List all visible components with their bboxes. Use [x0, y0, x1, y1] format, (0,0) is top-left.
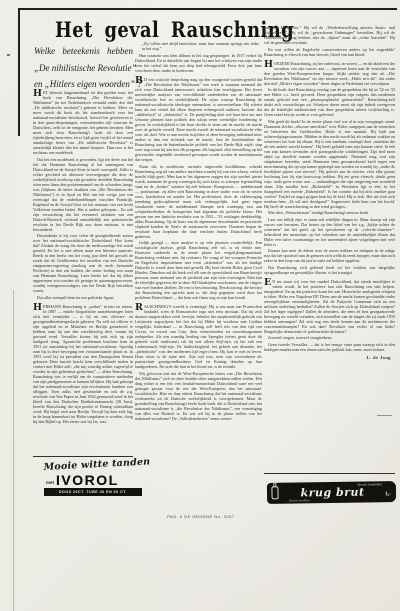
- dropcap-letter: H: [33, 304, 42, 313]
- article-column-1: HET behoort langzamerhand tot den goeden…: [33, 86, 133, 452]
- bottle-icon: [271, 482, 279, 504]
- article-column-3: vatieven Monarchie.” Hij wil de „Wiederh…: [264, 25, 395, 471]
- column-divider-rule: [264, 473, 395, 474]
- article-paragraph: En wat willen de Engelsche conservatieve…: [264, 47, 395, 57]
- article-column-2: „Zij willen niet altijd heerschen, want …: [135, 41, 262, 512]
- krug-price: 1,-: [385, 491, 391, 497]
- article-paragraph: Naast dit, in eindelooze variaties uitge…: [135, 164, 262, 239]
- article-paragraph: Gelijk gezegd — deze analyse is op vele …: [135, 240, 262, 300]
- dropcap-letter: H: [33, 90, 42, 99]
- article-paragraph: Wij gelooven niet dat de West-Europeesch…: [135, 371, 262, 421]
- article-paragraph: Laat ons billijk zijn: er staan ook rede…: [264, 217, 395, 247]
- subtitle-line: Welke beteekenis hebben: [34, 43, 133, 60]
- krug-brut-ad: krug brut 1,- fijnste kwaliteit Onovertr…: [267, 481, 396, 504]
- article-paragraph: Desondanks is hij voor velen dè gezagheb…: [33, 233, 133, 293]
- dropcap-letter: B: [135, 77, 143, 86]
- article-title: Het geval Rauschning: [55, 17, 276, 42]
- article-paragraph: Dat Rauschning zich geleend heeft tot he…: [264, 265, 395, 275]
- article-paragraph: Daarna kan men de deken over de ooren tr…: [264, 248, 395, 263]
- page-border-left: [18, 8, 20, 136]
- subtitle-line: „De nihilistische Revolutie”: [34, 60, 133, 77]
- scan-edge-line: [13, 290, 14, 611]
- article-quote: „Zij willen niet altijd heerschen, want …: [142, 41, 259, 51]
- dropcap-letter: E: [264, 279, 271, 288]
- krug-tagline-bottom: Onovertroffen: [289, 498, 310, 502]
- article-paragraph: Zooveel vragen, zooveel vraagteekens.: [264, 335, 395, 340]
- article-paragraph: RAUSCHNING'S wereld is vernietigd. Hij i…: [135, 304, 262, 369]
- article-paragraph: HET behoort langzamerhand tot den goeden…: [33, 90, 133, 155]
- column-divider-rule: [33, 456, 133, 457]
- article-paragraph: Geen tweede Versailles — dat is het eeni…: [264, 342, 395, 352]
- article-paragraph: Dat het een modeboek is geworden, ligt t…: [33, 157, 133, 232]
- article-paragraph: EN nu staan wij voor het raadsel Duitsch…: [264, 279, 395, 334]
- dropcap-letter: R: [135, 304, 143, 313]
- ivorol-price-bar: DOOS 20CT. TUBE 40 EN 60 CT.: [44, 488, 142, 496]
- article-paragraph: BIJ een critische bespreking mag op den …: [135, 77, 262, 162]
- ivorol-brand-wordmark: IVOROL: [56, 474, 119, 487]
- scan-artifact: [7, 54, 10, 56]
- krug-tagline-top: fijnste kwaliteit: [357, 482, 382, 486]
- page-footer: PAG. 9 DE GROENE No. 3267: [167, 514, 235, 519]
- page-border-top: [18, 8, 397, 10]
- dropcap-letter: H: [264, 61, 273, 70]
- article-paragraph: Dat alles stempelt hem tot een politieke…: [33, 295, 133, 300]
- ivorol-toothpaste-ad: Mooie witte tanden met IVOROL DOOS 20CT.…: [44, 462, 142, 504]
- article-signature: L. de Jong: [264, 355, 395, 360]
- article-paragraph: Met dien „Wunschtraum” eindigt Rauschnin…: [264, 210, 395, 215]
- article-paragraph: Wat geeft dit boek? In de eerste plaats …: [264, 119, 395, 209]
- article-paragraph: HOEZEER Rauschning, zij het onbewust, in…: [264, 61, 395, 86]
- article-paragraph: HERMANN Rauschning is „jonker” in hart e…: [33, 304, 133, 424]
- article-paragraph: Hun waanzin was hèm althans in het oog g…: [135, 53, 262, 73]
- article-paragraph: vatieven Monarchie.” Hij wil de „Wiederh…: [264, 25, 395, 45]
- article-paragraph: In dit boek doet Rauschning verslag van …: [264, 87, 395, 117]
- ad-connector-text: met: [46, 480, 54, 485]
